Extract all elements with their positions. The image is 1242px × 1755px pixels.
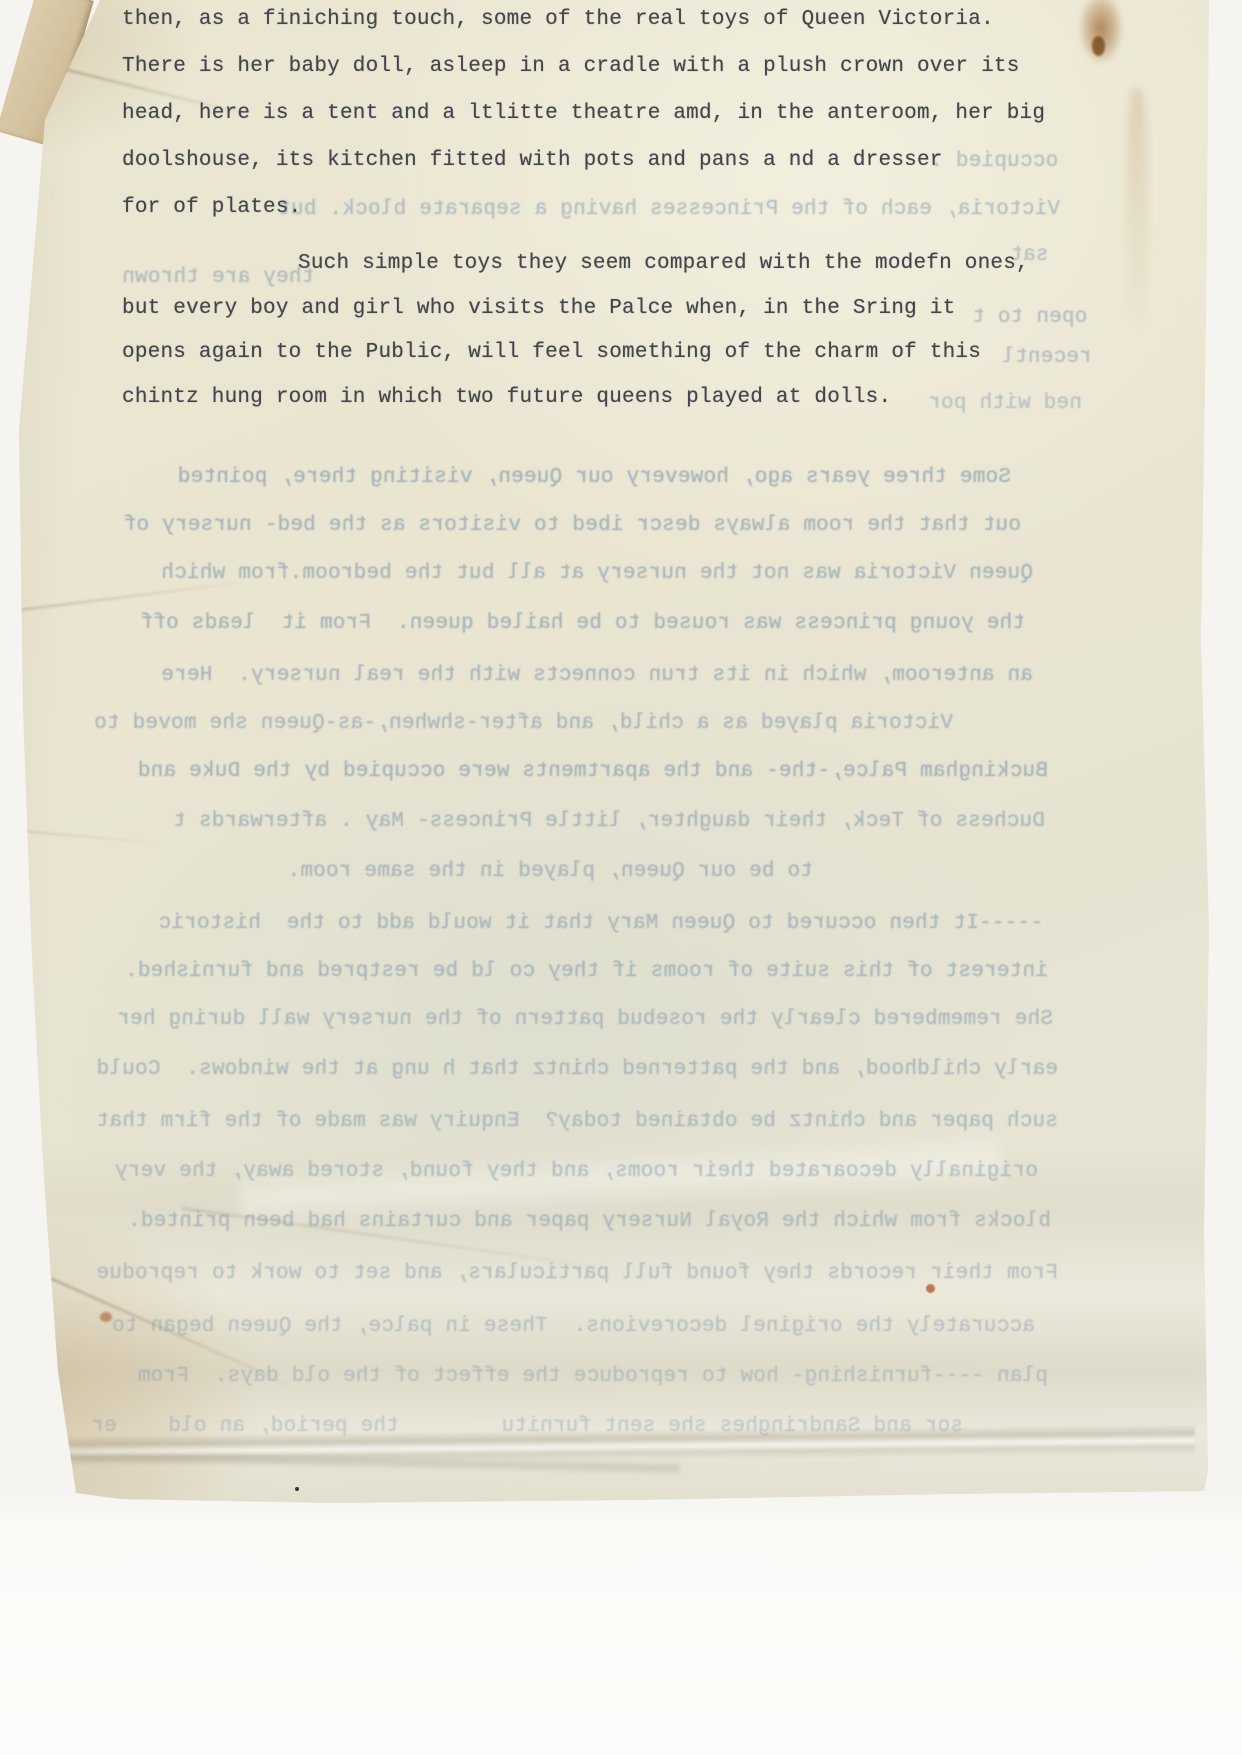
ink-speck	[295, 1487, 299, 1491]
stain-dot	[926, 1284, 935, 1293]
typewritten-line: Such simple toys they seem compared with…	[298, 252, 1029, 275]
bottom-fold-crease	[60, 1449, 680, 1476]
bleedthrough-line: to be our Queen, played in the same room…	[92, 860, 1063, 883]
bleedthrough-line: She remembered clearly the rosebud patte…	[92, 1008, 1063, 1031]
bleedthrough-line: such paper and chintz be obtained today?…	[92, 1110, 1063, 1133]
typewritten-line: for of plates.	[122, 196, 302, 219]
typewritten-line: There is her baby doll, asleep in a crad…	[122, 55, 1020, 78]
bleedthrough-line: out that the room always descr ibed to v…	[92, 514, 1063, 537]
bleedthrough-line: Queen Victoria was not the nursery at al…	[92, 562, 1063, 585]
bleedthrough-line: Victoria played as a child, and after-sh…	[92, 712, 1063, 735]
typewritten-line: then, as a finiching touch, some of the …	[122, 8, 994, 31]
bleedthrough-line: originally decoarated their rooms, and t…	[92, 1160, 1063, 1183]
stain-streak-right	[1126, 88, 1148, 338]
front-text: then, as a finiching touch, some of the …	[122, 0, 1102, 430]
scan-background: { "document": { "kind": "scanned typewri…	[0, 0, 1242, 1755]
bleedthrough-line: interest of this suite of rooms if they …	[92, 960, 1063, 983]
bleedthrough-line: Duchess of Teck, their daughter, little …	[92, 810, 1063, 833]
bleedthrough-line: accurately the originel decorevions. The…	[92, 1315, 1063, 1338]
bleedthrough-line: sor and Sandringhes she sent furnitu the…	[92, 1415, 1063, 1438]
bleedthrough-line: blocks from which the Royal Nursery pape…	[92, 1210, 1063, 1233]
bleedthrough-line: the young princess was roused to be hail…	[92, 612, 1063, 635]
typewritten-line: chintz hung room in which two future que…	[122, 386, 891, 409]
typewritten-line: head, here is a tent and a ltlitte theat…	[122, 102, 1045, 125]
bleedthrough-line: plan ----furnishing- how to reproduce th…	[92, 1365, 1063, 1388]
bleedthrough-line: Some three years ago, howevery our Queen…	[92, 466, 1063, 489]
paper-sheet: occupied .Victoria, each of the Princess…	[0, 0, 1215, 1506]
typewritten-line: doolshouse, its kitchen fitted with pots…	[122, 149, 943, 172]
bleedthrough-line: early childhood, and the patterned chint…	[92, 1058, 1063, 1081]
bleedthrough-line: Buckingham Palce,-the- and the apartment…	[92, 760, 1063, 783]
bleedthrough-line: -----It then occured to Queen Mary that …	[92, 912, 1063, 935]
bleedthrough-line: From their records they found full parti…	[92, 1262, 1063, 1285]
bleedthrough-line: an anteroom, which in its trun connects …	[92, 664, 1063, 687]
typewritten-line: but every boy and girl who visits the Pa…	[122, 297, 955, 320]
typewritten-line: opens again to the Public, will feel som…	[122, 341, 981, 364]
crease-line	[15, 581, 244, 612]
